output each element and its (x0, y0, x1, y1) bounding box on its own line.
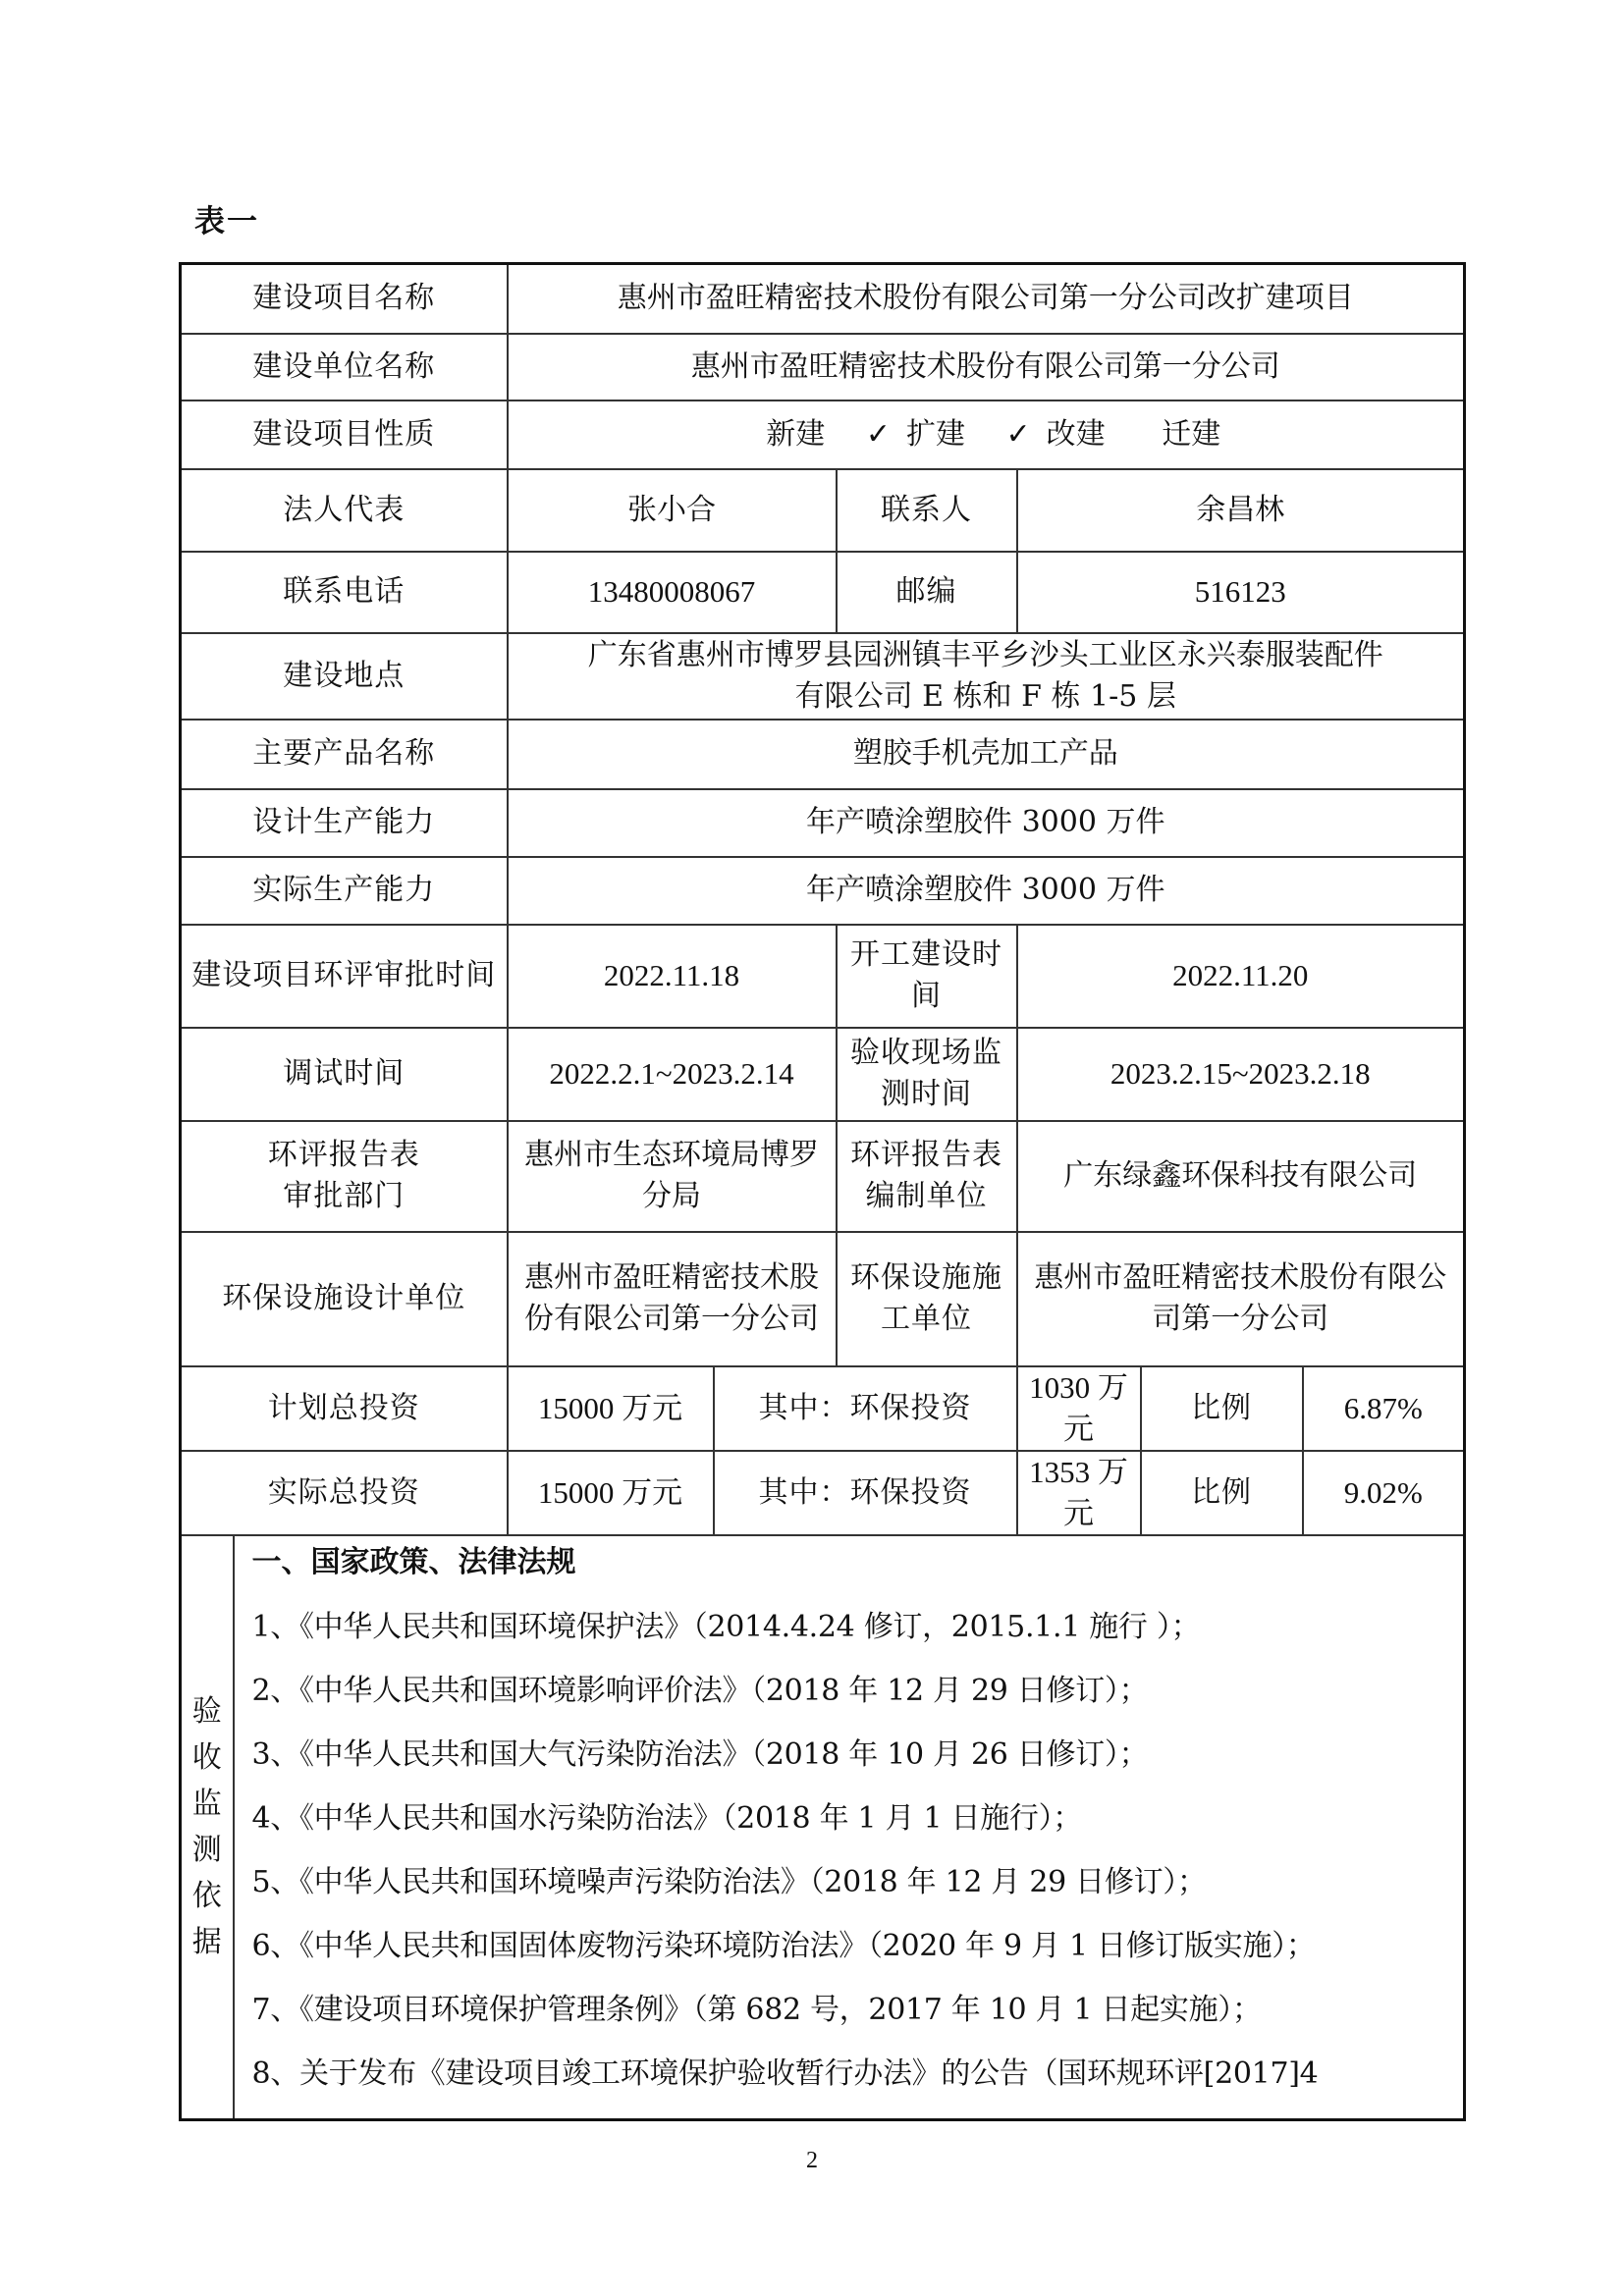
label-product: 主要产品名称 (181, 720, 508, 789)
label-phone: 联系电话 (181, 552, 508, 633)
row-actual-investment: 实际总投资 15000 万元 其中：环保投资 1353 万元 比例 9.02% (181, 1451, 1465, 1535)
value-approval-time: 2022.11.18 (508, 925, 837, 1028)
value-design-capacity: 年产喷涂塑胶件 3000 万件 (508, 789, 1465, 857)
label-actual-capacity: 实际生产能力 (181, 857, 508, 925)
value-facility-construction-unit: 惠州市盈旺精密技术股份有限公司第一分公司 (1017, 1232, 1465, 1366)
row-legal-rep: 法人代表 张小合 联系人 余昌林 (181, 469, 1465, 552)
row-eia-dept: 环评报告表 审批部门 惠州市生态环境局博罗分局 环评报告表 编制单位 广东绿鑫环… (181, 1121, 1465, 1232)
value-debug-time: 2022.2.1~2023.2.14 (508, 1028, 837, 1121)
value-actual-env: 1353 万元 (1017, 1451, 1141, 1535)
value-actual-capacity: 年产喷涂塑胶件 3000 万件 (508, 857, 1465, 925)
label-eia-prep-unit: 环评报告表 编制单位 (837, 1121, 1017, 1232)
value-start-time: 2022.11.20 (1017, 925, 1465, 1028)
basis-item: 1、《中华人民共和国环境保护法》（2014.4.24 修订，2015.1.1 施… (252, 1605, 1464, 1649)
row-debug-time: 调试时间 2022.2.1~2023.2.14 验收现场监测时间 2023.2.… (181, 1028, 1465, 1121)
basis-item: 8、关于发布《建设项目竣工环境保护验收暂行办法》的公告（国环规环评[2017]4 (252, 2052, 1464, 2096)
basis-item: 5、《中华人民共和国环境噪声污染防治法》（2018 年 12 月 29 日修订）… (252, 1860, 1464, 1904)
label-monitoring-basis: 验收监测依据 (181, 1535, 234, 2120)
page-number: 2 (0, 2148, 1624, 2174)
label-contact: 联系人 (837, 469, 1017, 552)
value-postcode: 516123 (1017, 552, 1465, 633)
value-phone: 13480008067 (508, 552, 837, 633)
label-unit-name: 建设单位名称 (181, 334, 508, 400)
row-project-nature: 建设项目性质 新建 ✓扩建 ✓改建 迁建 (181, 400, 1465, 469)
row-design-capacity: 设计生产能力 年产喷涂塑胶件 3000 万件 (181, 789, 1465, 857)
label-actual-env-investment: 其中：环保投资 (714, 1451, 1017, 1535)
row-product: 主要产品名称 塑胶手机壳加工产品 (181, 720, 1465, 789)
value-facility-design-unit: 惠州市盈旺精密技术股份有限公司第一分公司 (508, 1232, 837, 1366)
label-debug-time: 调试时间 (181, 1028, 508, 1121)
label-planned-env-investment: 其中：环保投资 (714, 1366, 1017, 1451)
nature-option-relocate: 迁建 (1138, 417, 1228, 452)
basis-item: 3、《中华人民共和国大气污染防治法》（2018 年 10 月 26 日修订）； (252, 1733, 1464, 1777)
row-location: 建设地点 广东省惠州市博罗县园洲镇丰平乡沙头工业区永兴泰服装配件 有限公司 E … (181, 633, 1465, 720)
row-facility-units: 环保设施设计单位 惠州市盈旺精密技术股份有限公司第一分公司 环保设施施工单位 惠… (181, 1232, 1465, 1366)
value-project-nature: 新建 ✓扩建 ✓改建 迁建 (508, 400, 1465, 469)
value-legal-rep: 张小合 (508, 469, 837, 552)
value-actual-ratio: 9.02% (1303, 1451, 1465, 1535)
value-planned-total: 15000 万元 (508, 1366, 714, 1451)
label-planned-investment: 计划总投资 (181, 1366, 508, 1451)
row-phone: 联系电话 13480008067 邮编 516123 (181, 552, 1465, 633)
label-monitoring-time: 验收现场监测时间 (837, 1028, 1017, 1121)
row-monitoring-basis: 验收监测依据 一、国家政策、法律法规 1、《中华人民共和国环境保护法》（2014… (181, 1535, 1465, 2120)
value-eia-approval-dept: 惠州市生态环境局博罗分局 (508, 1121, 837, 1232)
value-planned-env: 1030 万元 (1017, 1366, 1141, 1451)
label-approval-time: 建设项目环评审批时间 (181, 925, 508, 1028)
row-project-name: 建设项目名称 惠州市盈旺精密技术股份有限公司第一分公司改扩建项目 (181, 264, 1465, 334)
label-project-nature: 建设项目性质 (181, 400, 508, 469)
checkmark-icon: ✓ (1006, 417, 1031, 452)
value-actual-total: 15000 万元 (508, 1451, 714, 1535)
basis-section-title: 一、国家政策、法律法规 (252, 1540, 1464, 1585)
row-unit-name: 建设单位名称 惠州市盈旺精密技术股份有限公司第一分公司 (181, 334, 1465, 400)
label-facility-design-unit: 环保设施设计单位 (181, 1232, 508, 1366)
nature-option-new: 新建 (742, 417, 833, 452)
table-heading: 表一 (194, 196, 259, 240)
value-location: 广东省惠州市博罗县园洲镇丰平乡沙头工业区永兴泰服装配件 有限公司 E 栋和 F … (508, 633, 1465, 720)
label-design-capacity: 设计生产能力 (181, 789, 508, 857)
row-actual-capacity: 实际生产能力 年产喷涂塑胶件 3000 万件 (181, 857, 1465, 925)
value-contact: 余昌林 (1017, 469, 1465, 552)
label-actual-investment: 实际总投资 (181, 1451, 508, 1535)
value-project-name: 惠州市盈旺精密技术股份有限公司第一分公司改扩建项目 (508, 264, 1465, 334)
label-start-time: 开工建设时间 (837, 925, 1017, 1028)
basis-item: 6、《中华人民共和国固体废物污染环境防治法》（2020 年 9 月 1 日修订版… (252, 1924, 1464, 1968)
label-postcode: 邮编 (837, 552, 1017, 633)
nature-option-rebuild: ✓改建 (999, 417, 1113, 452)
label-actual-ratio: 比例 (1141, 1451, 1303, 1535)
value-product: 塑胶手机壳加工产品 (508, 720, 1465, 789)
label-legal-rep: 法人代表 (181, 469, 508, 552)
monitoring-basis-content: 一、国家政策、法律法规 1、《中华人民共和国环境保护法》（2014.4.24 修… (234, 1535, 1465, 2120)
value-monitoring-time: 2023.2.15~2023.2.18 (1017, 1028, 1465, 1121)
value-planned-ratio: 6.87% (1303, 1366, 1465, 1451)
label-facility-construction-unit: 环保设施施工单位 (837, 1232, 1017, 1366)
label-planned-ratio: 比例 (1141, 1366, 1303, 1451)
basis-item: 4、《中华人民共和国水污染防治法》（2018 年 1 月 1 日施行）； (252, 1796, 1464, 1841)
basis-item: 2、《中华人民共和国环境影响评价法》（2018 年 12 月 29 日修订）； (252, 1669, 1464, 1713)
label-location: 建设地点 (181, 633, 508, 720)
value-eia-prep-unit: 广东绿鑫环保科技有限公司 (1017, 1121, 1465, 1232)
row-planned-investment: 计划总投资 15000 万元 其中：环保投资 1030 万元 比例 6.87% (181, 1366, 1465, 1451)
checkmark-icon: ✓ (866, 417, 891, 452)
basis-item: 7、《建设项目环境保护管理条例》（第 682 号，2017 年 10 月 1 日… (252, 1988, 1464, 2032)
value-unit-name: 惠州市盈旺精密技术股份有限公司第一分公司 (508, 334, 1465, 400)
nature-option-expand: ✓扩建 (858, 417, 973, 452)
row-approval-time: 建设项目环评审批时间 2022.11.18 开工建设时间 2022.11.20 (181, 925, 1465, 1028)
project-info-table: 建设项目名称 惠州市盈旺精密技术股份有限公司第一分公司改扩建项目 建设单位名称 … (179, 262, 1466, 2121)
label-eia-approval-dept: 环评报告表 审批部门 (181, 1121, 508, 1232)
label-project-name: 建设项目名称 (181, 264, 508, 334)
